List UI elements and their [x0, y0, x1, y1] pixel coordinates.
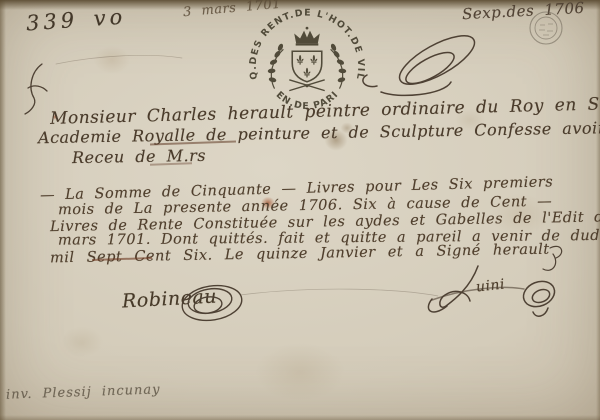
- stamp-shield-icon: [292, 51, 322, 82]
- paper-edge-bottom: [0, 415, 600, 420]
- bottom-margin-note: inv. Plessij incunay: [6, 382, 161, 402]
- manuscript-photo: 339 vo 3 mars 1701 Sexp.des 1706: [0, 0, 600, 420]
- small-collection-stamp-icon: [524, 6, 568, 50]
- top-right-paraph-icon: [363, 27, 481, 96]
- stamp-crown-icon: [294, 27, 320, 46]
- folio-number: 339 vo: [25, 5, 127, 36]
- body-line-3: Receu de M.rs: [72, 146, 206, 167]
- robineau-paraph-icon: [180, 282, 438, 325]
- signature-right-note: uini: [475, 277, 506, 296]
- signature-left: Robineau: [121, 286, 217, 313]
- paper-edge-left: [0, 0, 6, 420]
